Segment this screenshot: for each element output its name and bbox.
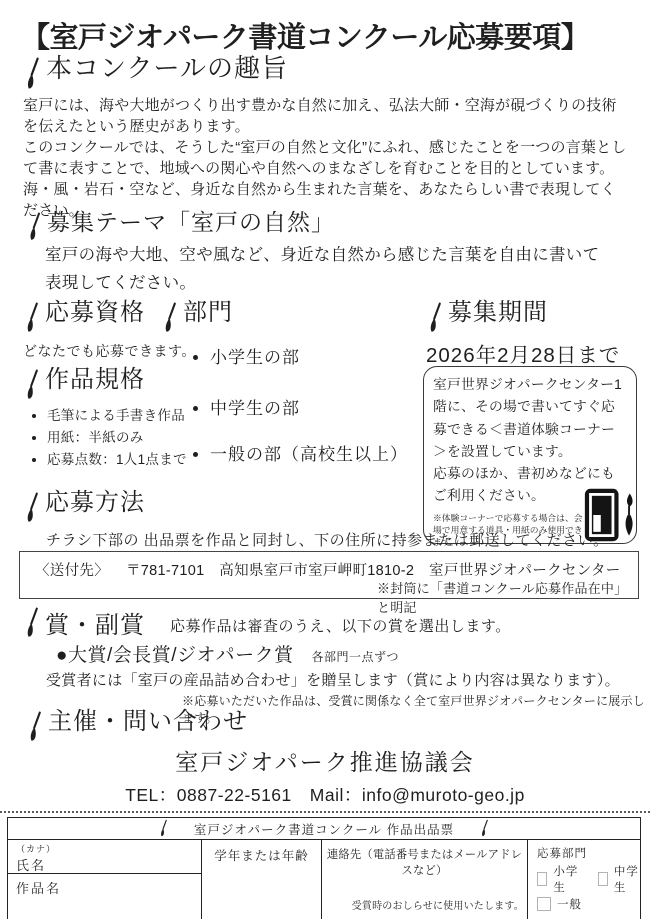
brush-icon xyxy=(24,606,40,640)
brush-icon xyxy=(427,301,443,335)
divisions-list: 小学生の部 中学生の部 一般の部（高校生以上） xyxy=(190,349,408,463)
division-column: 応募部門 小学生 中学生 一般 xyxy=(528,840,640,919)
method-body: チラシ下部の 出品票を作品と同封し、下の住所に持参または郵送してください。 xyxy=(46,529,609,550)
contact-column: 連絡先（電話番号またはメールアドレスなど） 受賞時のおしらせに使用いたします。 xyxy=(322,840,528,919)
theme-heading-text: 募集テーマ「室戸の自然」 xyxy=(47,209,335,235)
checkbox-label-junior-high: 中学生 xyxy=(614,863,640,895)
list-item: 応募点数：1人1点まで xyxy=(47,449,187,471)
period-deadline: 2026年2月28日まで xyxy=(426,338,620,368)
prize-note: ※応募いただいた作品は、受賞に関係なく全て室戸世界ジオパークセンターに展示します… xyxy=(182,692,650,726)
name-work-column: （カナ） 氏名 作品名 xyxy=(8,840,202,919)
eligibility-heading-text: 応募資格 xyxy=(45,299,145,327)
checkbox-general[interactable] xyxy=(537,897,551,911)
address-value: 〒781-7101 高知県室戸市室戸岬町1810-2 室戸世界ジオパークセンター xyxy=(126,559,621,580)
organizer-heading-text: 主催・問い合わせ xyxy=(48,708,248,736)
section-divisions-heading: 部門 xyxy=(162,299,233,335)
entry-form-title-row: 室戸ジオパーク書道コンクール 作品出品票 xyxy=(8,818,640,840)
divisions-heading-text: 部門 xyxy=(183,299,233,327)
section-organizer-heading: 主催・問い合わせ xyxy=(27,708,248,744)
work-title-cell: 作品名 xyxy=(8,874,201,901)
section-eligibility-heading: 応募資格 xyxy=(24,299,145,335)
work-title-label: 作品名 xyxy=(16,878,193,897)
entry-form-grid: （カナ） 氏名 作品名 学年または年齢 連絡先（電話番号またはメールアドレスなど… xyxy=(8,840,640,919)
section-prizes-heading: 賞・副賞 応募作品は審査のうえ、以下の賞を選出します。 xyxy=(24,604,511,640)
contact-label: 連絡先（電話番号またはメールアドレスなど） xyxy=(322,840,527,878)
section-period-heading: 募集期間 xyxy=(427,299,548,335)
section-purpose-heading: 本コンクールの趣旨 xyxy=(24,54,288,92)
grade-column: 学年または年齢 xyxy=(202,840,322,919)
brush-icon xyxy=(24,56,41,92)
eligibility-body: どなたでも応募できます。 xyxy=(23,341,196,361)
prize-main-line: ●大賞/会長賞/ジオパーク賞 各部門一点ずつ xyxy=(56,640,399,667)
purpose-heading-text: 本コンクールの趣旨 xyxy=(46,54,288,84)
method-heading-text: 応募方法 xyxy=(45,489,145,517)
division-label: 応募部門 xyxy=(528,840,640,861)
checkbox-label-general: 一般 xyxy=(557,896,582,912)
prize-main-note: 各部門一点ずつ xyxy=(311,650,399,664)
brush-icon xyxy=(162,301,178,335)
purpose-paragraph: 室戸には、海や大地がつくり出す豊かな自然に加え、弘法大師・空海が硯づくりの技術を… xyxy=(23,95,629,137)
theme-body: 室戸の海や大地、空や風など、身近な自然から感じた言葉を自由に書いて表現してくださ… xyxy=(45,241,601,297)
list-item: 用紙：半紙のみ xyxy=(47,427,187,449)
period-box-line: 室戸世界ジオパークセンター1階に、その場で書いてすぐ応募できる＜書道体験コーナー… xyxy=(433,374,627,463)
entry-form-title: 室戸ジオパーク書道コンクール 作品出品票 xyxy=(194,820,454,838)
prizes-heading-text: 賞・副賞 xyxy=(45,612,145,640)
grade-label: 学年または年齢 xyxy=(202,840,321,864)
list-item: 毛筆による手書き作品 xyxy=(47,405,187,427)
prize-main: ●大賞/会長賞/ジオパーク賞 xyxy=(56,645,294,666)
prizes-lead: 応募作品は審査のうえ、以下の賞を選出します。 xyxy=(170,615,511,640)
prize-detail: 受賞者には「室戸の産品詰め合わせ」を贈呈します（賞により内容は異なります）。 xyxy=(46,669,620,690)
organizer-contact: TEL：0887-22-5161 Mail：info@muroto-geo.jp xyxy=(0,782,650,807)
list-item: 中学生の部 xyxy=(210,400,408,417)
section-spec-heading: 作品規格 xyxy=(24,366,145,402)
name-kana-label: （カナ） xyxy=(16,842,193,855)
checkbox-elementary[interactable] xyxy=(537,872,547,886)
spec-heading-text: 作品規格 xyxy=(45,366,145,394)
mailing-address-box: 〈送付先〉 〒781-7101 高知県室戸市室戸岬町1810-2 室戸世界ジオパ… xyxy=(19,551,639,599)
brush-icon xyxy=(480,819,489,838)
spec-list: 毛筆による手書き作品 用紙：半紙のみ 応募点数：1人1点まで xyxy=(30,405,187,471)
entry-form: 室戸ジオパーク書道コンクール 作品出品票 （カナ） 氏名 作品名 学年または年齢… xyxy=(7,817,641,919)
purpose-paragraphs: 室戸には、海や大地がつくり出す豊かな自然に加え、弘法大師・空海が硯づくりの技術を… xyxy=(23,95,629,221)
organizer-name: 室戸ジオパーク推進協議会 xyxy=(0,744,650,777)
name-label: 氏名 xyxy=(16,855,193,874)
list-item: 一般の部（高校生以上） xyxy=(210,446,408,463)
brush-icon xyxy=(24,368,40,402)
period-heading-text: 募集期間 xyxy=(448,299,548,327)
list-item: 小学生の部 xyxy=(210,349,408,366)
cut-line xyxy=(0,811,650,813)
division-checkbox-row: 一般 xyxy=(537,896,582,912)
address-label: 〈送付先〉 xyxy=(35,559,109,580)
brush-icon xyxy=(27,211,42,243)
section-theme-heading: 募集テーマ「室戸の自然」 xyxy=(27,209,335,243)
brush-icon xyxy=(24,491,40,525)
brush-icon xyxy=(159,819,168,838)
contact-usage-note: 受賞時のおしらせに使用いたします。 xyxy=(352,897,524,912)
brush-icon xyxy=(24,301,40,335)
checkbox-label-elementary: 小学生 xyxy=(553,863,579,895)
division-checkbox-row: 小学生 中学生 xyxy=(537,863,640,895)
brush-icon xyxy=(27,710,43,744)
purpose-paragraph: このコンクールでは、そうした“室戸の自然と文化”にふれ、感じたことを一つの言葉と… xyxy=(23,137,629,179)
checkbox-junior-high[interactable] xyxy=(598,872,608,886)
name-cell: （カナ） 氏名 xyxy=(8,840,201,874)
section-method-heading: 応募方法 xyxy=(24,489,145,525)
page-title: 【室戸ジオパーク書道コンクール応募要項】 xyxy=(21,15,589,56)
